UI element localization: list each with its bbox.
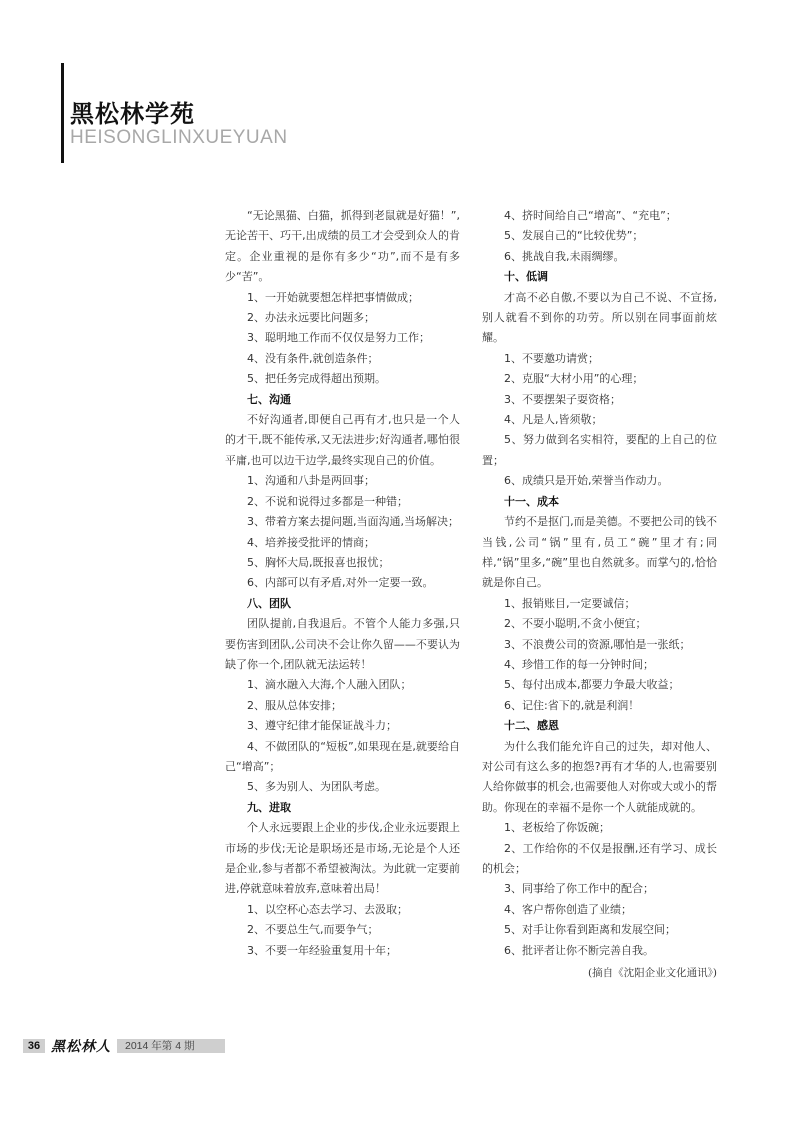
- list-item: 3、不要摆架子耍资格；: [482, 390, 717, 410]
- right-column: 4、挤时间给自己“增高”、“充电”； 5、发展自己的“比较优势”； 6、挑战自我…: [482, 206, 717, 983]
- list-item: 1、报销账目,一定要诚信；: [482, 594, 717, 614]
- list-item: 3、不要一年经验重复用十年；: [225, 941, 460, 961]
- section-heading: 八、团队: [225, 594, 460, 614]
- list-item: 1、一开始就要想怎样把事情做成；: [225, 288, 460, 308]
- list-item: 1、不要邀功请赏；: [482, 349, 717, 369]
- list-item: 2、不耍小聪明,不贪小便宜；: [482, 614, 717, 634]
- list-item: 4、没有条件,就创造条件；: [225, 349, 460, 369]
- list-item: 3、聪明地工作而不仅仅是努力工作；: [225, 328, 460, 348]
- list-item: 4、珍惜工作的每一分钟时间；: [482, 655, 717, 675]
- section-paragraph: 为什么我们能允许自己的过失，却对他人、对公司有这么多的抱怨?再有才华的人,也需要…: [482, 737, 717, 819]
- section-paragraph: 节约不是抠门,而是美德。不要把公司的钱不当钱,公司“锅”里有,员工“碗”里才有;…: [482, 512, 717, 594]
- list-item: 6、内部可以有矛盾,对外一定要一致。: [225, 573, 460, 593]
- list-item: 5、胸怀大局,既报喜也报忧；: [225, 553, 460, 573]
- list-item: 1、以空杯心态去学习、去汲取；: [225, 900, 460, 920]
- section-paragraph: 个人永远要跟上企业的步伐,企业永远要跟上市场的步伐;无论是职场还是市场,无论是个…: [225, 818, 460, 900]
- section-heading: 十一、成本: [482, 492, 717, 512]
- list-item: 4、不做团队的“短板”,如果现在是,就要给自己“增高”；: [225, 737, 460, 778]
- page-footer: 36 黑松林人 2014 年第 4 期: [23, 1039, 225, 1053]
- list-item: 2、不要总生气,而要争气；: [225, 920, 460, 940]
- list-item: 3、同事给了你工作中的配合；: [482, 879, 717, 899]
- section-subtitle: HEISONGLINXUEYUAN: [70, 127, 288, 149]
- list-item: 1、滴水融入大海,个人融入团队；: [225, 675, 460, 695]
- list-item: 6、成绩只是开始,荣誉当作动力。: [482, 471, 717, 491]
- intro-paragraph: “无论黑猫、白猫，抓得到老鼠就是好猫！”,无论苦干、巧干,出成绩的员工才会受到众…: [225, 206, 460, 288]
- list-item: 4、客户帮你创造了业绩；: [482, 900, 717, 920]
- page-number: 36: [23, 1039, 45, 1053]
- section-title: 黑松林学苑: [70, 94, 195, 129]
- list-item: 5、发展自己的“比较优势”；: [482, 226, 717, 246]
- section-paragraph: 才高不必自傲,不要以为自己不说、不宣扬,别人就看不到你的功劳。所以别在同事面前炫…: [482, 288, 717, 349]
- section-paragraph: 不好沟通者,即便自己再有才,也只是一个人的才干,既不能传承,又无法进步;好沟通者…: [225, 410, 460, 471]
- list-item: 5、多为别人、为团队考虑。: [225, 777, 460, 797]
- list-item: 3、带着方案去提问题,当面沟通,当场解决；: [225, 512, 460, 532]
- list-item: 5、对手让你看到距离和发展空间；: [482, 920, 717, 940]
- list-item: 4、培养接受批评的情商；: [225, 533, 460, 553]
- header-vertical-rule: [61, 63, 64, 163]
- list-item: 6、挑战自我,未雨绸缪。: [482, 247, 717, 267]
- list-item: 1、沟通和八卦是两回事；: [225, 471, 460, 491]
- list-item: 5、把任务完成得超出预期。: [225, 369, 460, 389]
- list-item: 2、服从总体安排；: [225, 696, 460, 716]
- list-item: 2、克服“大材小用”的心理；: [482, 369, 717, 389]
- list-item: 6、批评者让你不断完善自我。: [482, 941, 717, 961]
- section-heading: 十二、感恩: [482, 716, 717, 736]
- issue-label: 2014 年第 4 期: [117, 1039, 225, 1053]
- section-heading: 十、低调: [482, 267, 717, 287]
- magazine-logo: 黑松林人: [51, 1036, 111, 1056]
- left-column: “无论黑猫、白猫，抓得到老鼠就是好猫！”,无论苦干、巧干,出成绩的员工才会受到众…: [225, 206, 460, 961]
- list-item: 2、不说和说得过多都是一种错；: [225, 492, 460, 512]
- list-item: 4、凡是人,皆须敬；: [482, 410, 717, 430]
- list-item: 5、努力做到名实相符，要配的上自己的位置；: [482, 430, 717, 471]
- list-item: 2、工作给你的不仅是报酬,还有学习、成长的机会；: [482, 839, 717, 880]
- list-item: 1、老板给了你饭碗；: [482, 818, 717, 838]
- list-item: 4、挤时间给自己“增高”、“充电”；: [482, 206, 717, 226]
- section-heading: 九、进取: [225, 798, 460, 818]
- list-item: 3、遵守纪律才能保证战斗力；: [225, 716, 460, 736]
- list-item: 2、办法永远要比问题多；: [225, 308, 460, 328]
- section-heading: 七、沟通: [225, 390, 460, 410]
- section-paragraph: 团队提前,自我退后。不管个人能力多强,只要伤害到团队,公司决不会让你久留——不要…: [225, 614, 460, 675]
- list-item: 5、每付出成本,都要力争最大收益；: [482, 675, 717, 695]
- source-citation: (摘自《沈阳企业文化通讯》): [482, 963, 717, 983]
- list-item: 6、记住:省下的,就是利润！: [482, 696, 717, 716]
- list-item: 3、不浪费公司的资源,哪怕是一张纸；: [482, 635, 717, 655]
